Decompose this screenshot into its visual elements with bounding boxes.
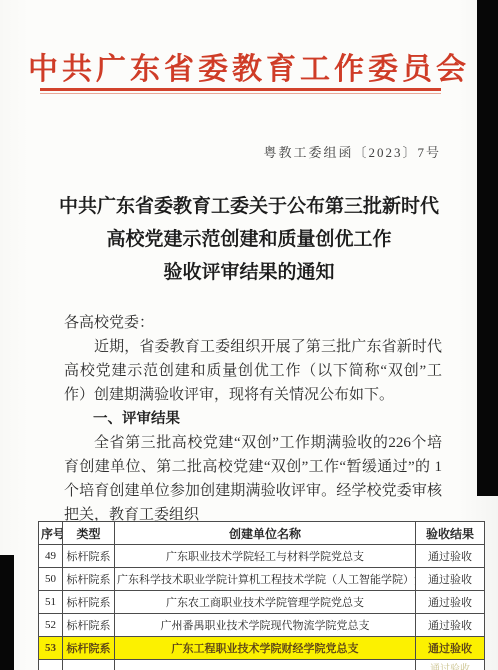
cell-no: 50 <box>39 568 63 591</box>
cell-name: 广东职业技术学院轻工与材料学院党总支 <box>115 545 416 568</box>
header-name: 创建单位名称 <box>115 522 416 545</box>
cell-no: 53 <box>39 637 63 660</box>
paragraph-1: 近期，省委教育工委组织开展了第三批广东省新时代高校党建示范创建和质量创优工作（以… <box>64 335 442 407</box>
table-row-highlighted: 53 标杆院系 广东工程职业技术学院财经学院党总支 通过验收 <box>39 637 485 660</box>
scan-black-bar-left <box>0 555 14 670</box>
results-table: 序号 类型 创建单位名称 验收结果 49 标杆院系 广东职业技术学院轻工与材料学… <box>38 521 485 670</box>
section-heading: 一、评审结果 <box>64 407 442 431</box>
masthead-title: 中共广东省委教育工作委员会 <box>0 44 498 88</box>
table-header-row: 序号 类型 创建单位名称 验收结果 <box>39 522 485 545</box>
table-row: 49 标杆院系 广东职业技术学院轻工与材料学院党总支 通过验收 <box>39 545 485 568</box>
cell-result: 通过验收 <box>416 568 485 591</box>
table-row: 52 标杆院系 广州番禺职业技术学院现代物流学院党总支 通过验收 <box>39 614 485 637</box>
cell-result: 通过验收 <box>416 614 485 637</box>
table-row: 50 标杆院系 广东科学技术职业学院计算机工程技术学院（人工智能学院）党总支 通… <box>39 568 485 591</box>
cell-no: 49 <box>39 545 63 568</box>
header-no: 序号 <box>39 522 63 545</box>
cell-name: 广东工程职业技术学院财经学院党总支 <box>115 637 416 660</box>
paragraph-2: 全省第三批高校党建“双创”工作期满验收的226个培育创建单位、第二批高校党建“双… <box>64 431 442 527</box>
masthead-divider-line <box>40 88 441 91</box>
cell-name: 广州番禺职业技术学院现代物流学院党总支 <box>115 614 416 637</box>
salutation: 各高校党委： <box>64 311 442 335</box>
scan-black-bar-right <box>477 0 498 496</box>
scanned-notice-document: 中共广东省委教育工作委员会 粤教工委组函〔2023〕7号 中共广东省委教育工委关… <box>0 0 498 670</box>
cell-result: 通过验收 <box>416 660 485 670</box>
cell-result: 通过验收 <box>416 545 485 568</box>
cell-result: 通过验收 <box>416 591 485 614</box>
cell-result: 通过验收 <box>416 637 485 660</box>
table-row: 51 标杆院系 广东农工商职业技术学院管理学院党总支 通过验收 <box>39 591 485 614</box>
cell-type: 标杆院系 <box>63 637 115 660</box>
header-type: 类型 <box>63 522 115 545</box>
document-number: 粤教工委组函〔2023〕7号 <box>263 142 441 161</box>
table-row-partial: 通过验收 <box>39 660 485 670</box>
cell-type: 标杆院系 <box>63 568 115 591</box>
cell-no: 52 <box>39 614 63 637</box>
cell-type: 标杆院系 <box>63 545 115 568</box>
notice-title-line-2: 高校党建示范创建和质量创优工作 <box>0 223 498 256</box>
cell-type: 标杆院系 <box>63 614 115 637</box>
cell-no: 51 <box>39 591 63 614</box>
notice-title: 中共广东省委教育工委关于公布第三批新时代 高校党建示范创建和质量创优工作 验收评… <box>0 190 498 289</box>
header-result: 验收结果 <box>416 522 485 545</box>
cell-type: 标杆院系 <box>63 591 115 614</box>
cell-name: 广东农工商职业技术学院管理学院党总支 <box>115 591 416 614</box>
cell-no <box>39 660 63 670</box>
notice-title-line-3: 验收评审结果的通知 <box>0 256 498 289</box>
cell-name <box>115 660 416 670</box>
notice-title-line-1: 中共广东省委教育工委关于公布第三批新时代 <box>0 190 498 223</box>
cell-type <box>63 660 115 670</box>
cell-name: 广东科学技术职业学院计算机工程技术学院（人工智能学院）党总支 <box>115 568 416 591</box>
notice-body: 各高校党委： 近期，省委教育工委组织开展了第三批广东省新时代高校党建示范创建和质… <box>64 311 442 527</box>
